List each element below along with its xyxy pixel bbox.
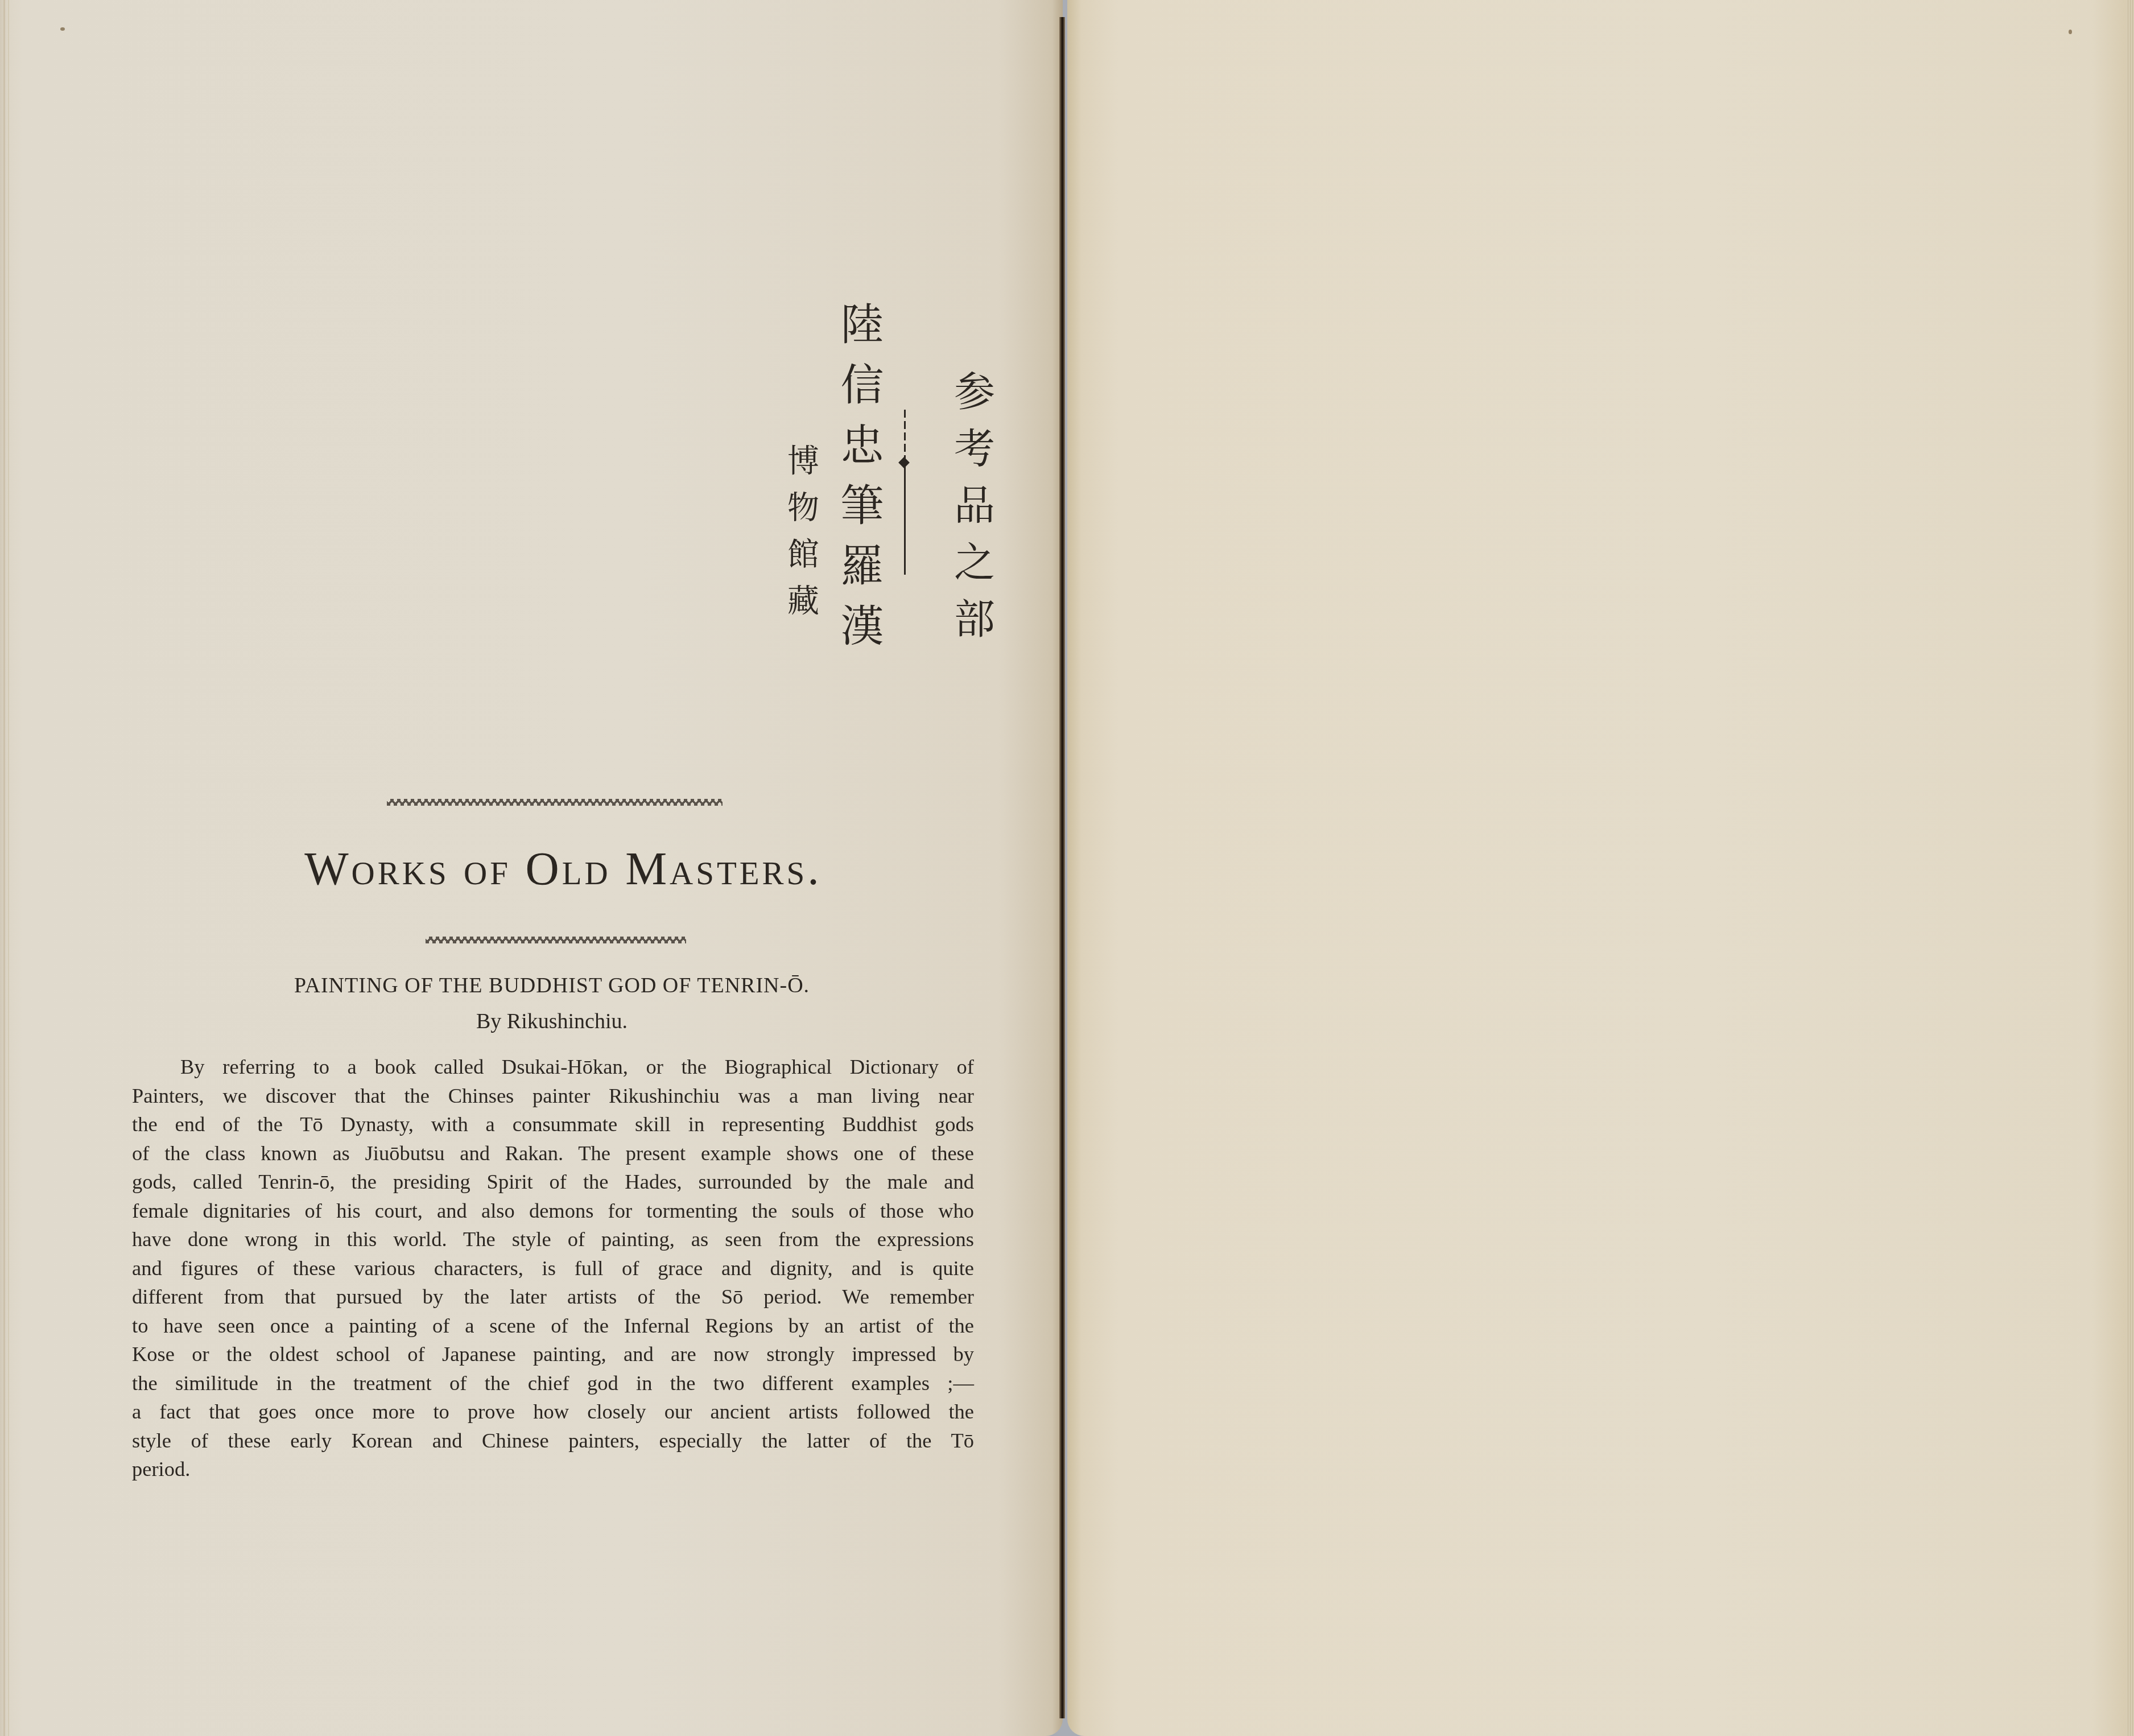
paragraph-line: the similitude in the treatment of the c… (132, 1369, 974, 1398)
ornament-solid-line (904, 467, 906, 575)
paragraph-line: Kose or the oldest school of Japanese pa… (132, 1340, 974, 1369)
paragraph-line: and figures of these various characters,… (132, 1254, 974, 1283)
paragraph-line: of the class known as Jiuōbutsu and Raka… (132, 1139, 974, 1168)
wavy-rule-divider (387, 799, 723, 806)
paragraph-line: By referring to a book called Dsukai-Hōk… (132, 1053, 974, 1082)
english-byline: By Rikushinchiu. (228, 1009, 876, 1034)
paragraph-line: Painters, we discover that the Chinses p… (132, 1082, 974, 1111)
book-gutter (1059, 17, 1065, 1718)
english-heading: Works of Old Masters. (296, 842, 831, 896)
paragraph-line: gods, called Tenrin-ō, the presiding Spi… (132, 1168, 974, 1197)
ornament-dashed-line (904, 410, 906, 461)
collection-label: 博物館藏 (778, 444, 823, 630)
work-title: 陸信忠筆羅漢 (828, 302, 890, 663)
wavy-rule-divider (426, 937, 686, 943)
paragraph-line: period. (132, 1455, 974, 1484)
english-subtitle: PAINTING OF THE BUDDHIST GOD OF TENRIN-Ō… (228, 973, 876, 998)
section-heading: 参考品之部 (942, 370, 1001, 654)
paper-speck (2069, 30, 2072, 34)
paragraph-line: have done wrong in this world. The style… (132, 1225, 974, 1254)
paragraph-line: different from that pursued by the later… (132, 1283, 974, 1312)
paper-speck (60, 27, 65, 31)
paragraph-line: to have seen once a painting of a scene … (132, 1312, 974, 1341)
ornament-divider (904, 410, 906, 575)
paragraph-line: female dignitaries of his court, and als… (132, 1197, 974, 1226)
paragraph-line: style of these early Korean and Chinese … (132, 1426, 974, 1455)
english-paragraph: By referring to a book called Dsukai-Hōk… (132, 1053, 974, 1484)
paragraph-line: a fact that goes once more to prove how … (132, 1397, 974, 1426)
paragraph-line: the end of the Tō Dynasty, with a consum… (132, 1110, 974, 1139)
left-page: 参考品之部 陸信忠筆羅漢 博物館藏 君臺觀圖繪寶鑑を按ずるに陸 信忠は唐朝末の人… (0, 0, 1063, 1736)
right-page-blank (1067, 0, 2134, 1736)
